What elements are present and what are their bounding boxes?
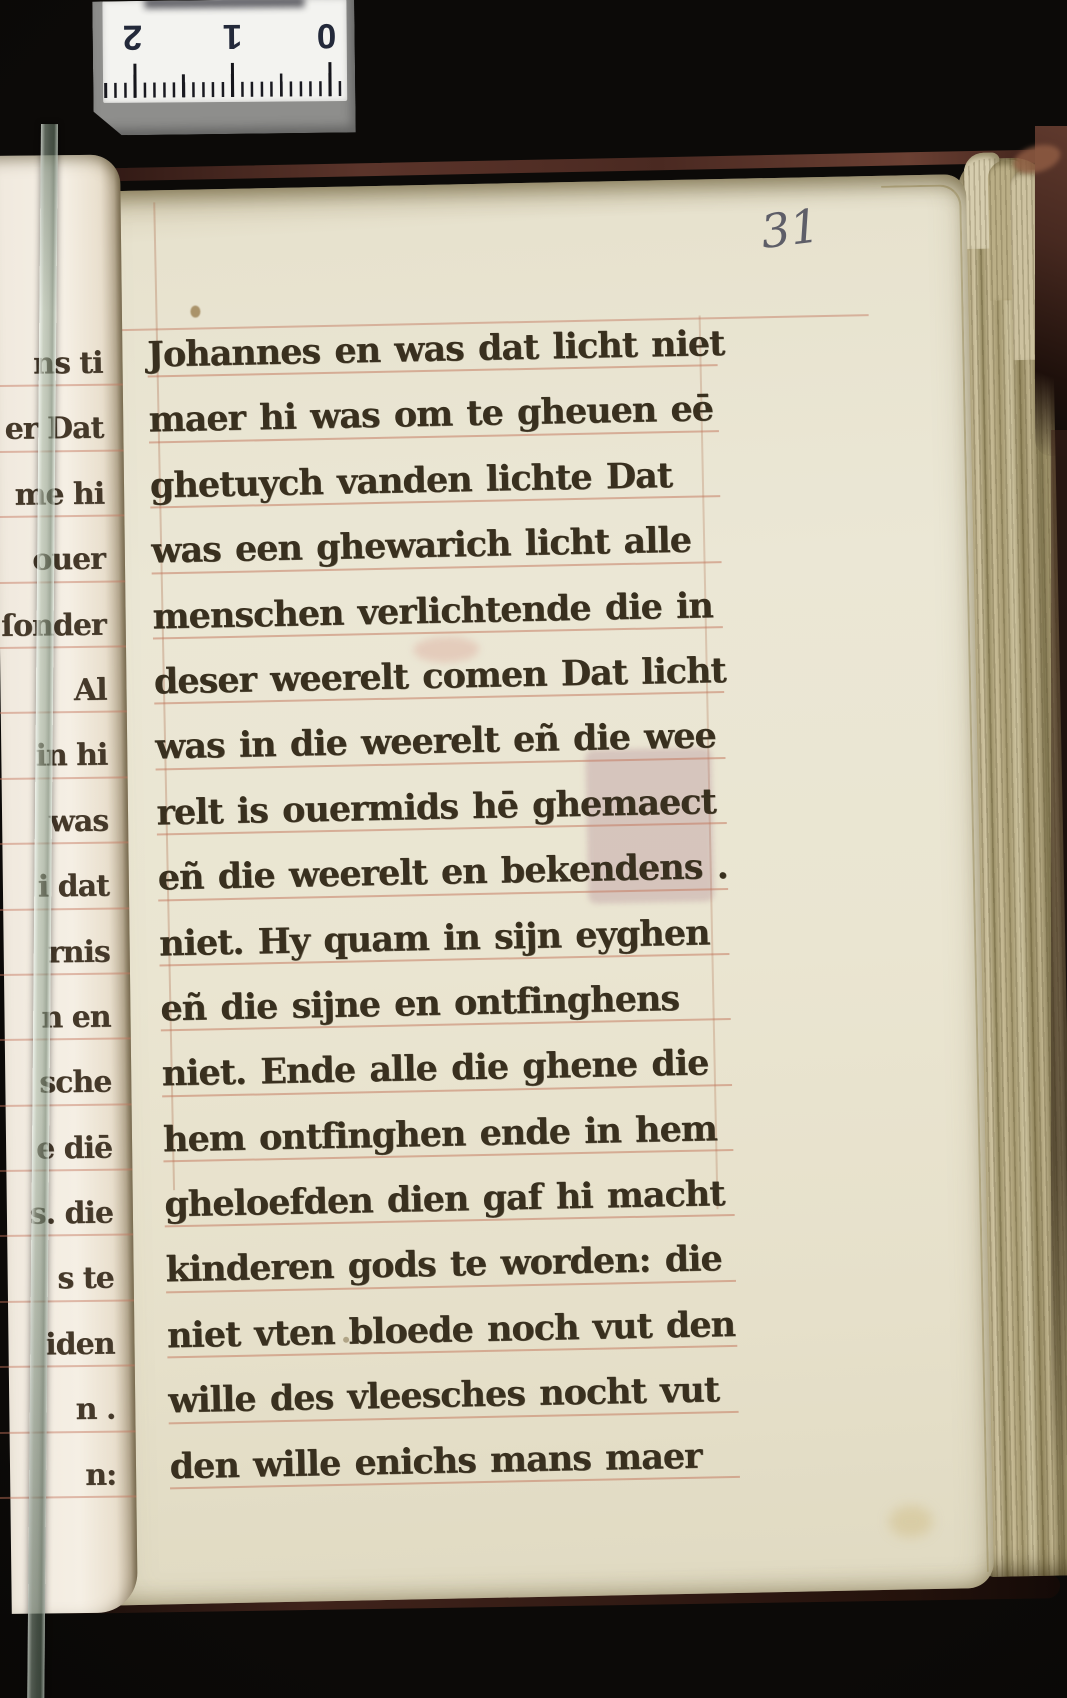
leather-cover-corner [1035,126,1067,456]
manuscript-page: 31 Johannes en was dat licht niet maer h… [74,174,994,1606]
text-fragment: Al [0,660,107,727]
text-line: eñ die weerelt en bekendens . [157,836,718,913]
text-fragment: iden [8,1313,115,1380]
text-line: niet. Ende alle die ghene die [161,1032,722,1109]
facing-page-strip: ns ti er Dat me hi ouer ſonder Al in hi … [0,154,138,1613]
text-line: wille des vleesches nocht vut [168,1359,729,1436]
text-fragment: sche [5,1052,112,1119]
text-fragment: n . [9,1379,116,1446]
open-book: 31 Johannes en was dat licht niet maer h… [74,174,994,1606]
facing-page-text-fragments: ns ti er Dat me hi ouer ſonder Al in hi … [0,333,117,1511]
page-edge-layer [988,160,1023,301]
text-line: was in die weerelt eñ die wee [155,706,716,783]
text-line: relt is ouermids hē ghemaect [156,771,717,848]
text-line: deser weerelt comen Dat licht [153,640,714,717]
text-line: menschen verlichtende die in [152,575,713,652]
text-line: niet. Hy quam in sijn eyghen [158,902,719,979]
text-fragment: in hi [1,725,108,792]
manuscript-photo: 31 Johannes en was dat licht niet maer h… [0,0,1067,1698]
ruler-number: 0 [317,15,337,55]
text-fragment: was [2,790,109,857]
cm-ticks [103,62,347,98]
text-line: niet vten bloede noch vut den [166,1294,727,1371]
cm-ruler: 2 1 0 [102,0,347,103]
manuscript-text-column: Johannes en was dat licht niet maer hi w… [147,313,731,1501]
ruler-cropped-print [144,0,304,9]
text-fragment: n: [10,1444,117,1511]
foxing-spot [190,305,200,317]
text-line: ghetuych vanden lichte Dat [149,444,710,521]
text-line: gheloefden dien gaf hi macht [164,1163,725,1240]
text-fragment: s. die [7,1183,114,1250]
text-fragment: e diē [6,1117,113,1184]
text-fragment: rnis [3,921,110,988]
page-edge-layer [963,152,1001,249]
text-line: den wille enichs mans maer [169,1425,730,1502]
text-line: eñ die sijne en ontfinghens [160,967,721,1044]
text-line: was een ghewarich licht alle [151,509,712,586]
text-line: hem ontfinghen ende in hem [162,1098,723,1175]
cm-ruler-card: 2 1 0 [92,0,356,136]
folio-number: 31 [758,198,823,259]
ruler-ticks [103,57,347,103]
ruler-number: 1 [223,16,243,56]
text-fragment: i dat [3,856,110,923]
text-line: maer hi was om te gheuen eē [148,379,709,456]
text-fragment: n en [4,987,111,1054]
ruler-number: 2 [123,17,143,57]
text-line: Johannes en was dat licht niet [147,313,708,390]
text-fragment: s te [7,1248,114,1315]
leather-cover-edge [1051,430,1067,1470]
text-line: kinderen gods te worden: die [165,1229,726,1306]
